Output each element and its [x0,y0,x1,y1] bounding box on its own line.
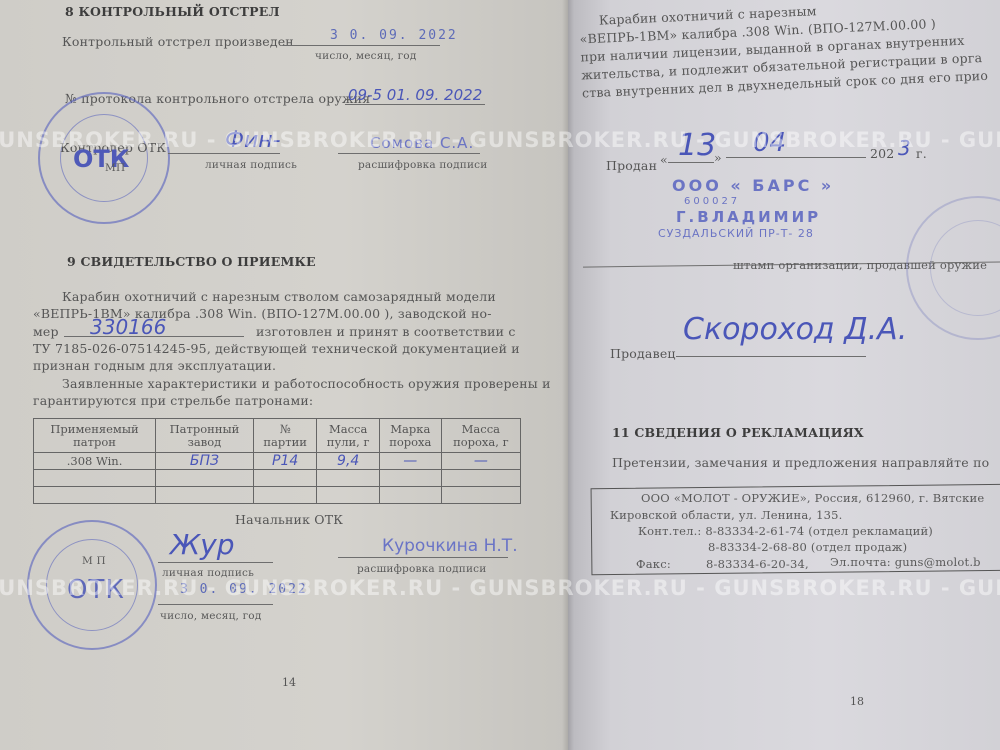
chief-label: Начальник ОТК [235,512,343,527]
para-line-7: гарантируются при стрельбе патронами: [33,393,313,408]
right-page: Карабин охотничий с нарезным «ВЕПРЬ-1ВМ»… [568,0,1000,750]
para-line-3b: изготовлен и принят в соответствии с [256,324,516,339]
seller-round-stamp [906,196,1000,340]
col-bullet-mass: Массапули, г [317,419,379,453]
seller-stamp-line-1: ООО « БАРС » [672,176,834,195]
seller-stamp-line-2: 600027 [684,196,740,207]
para-line-6: Заявленные характеристики и работоспособ… [62,376,551,391]
cell [317,487,379,504]
signature-caption: личная подпись [205,159,297,171]
cell [441,487,520,504]
seller-stamp-line-3: Г.ВЛАДИМИР [676,208,821,226]
protocol-line [345,104,485,105]
para-line-1: Карабин охотничий с нарезным стволом сам… [62,289,496,304]
performed-date-line [283,45,440,46]
cell: — [379,453,441,470]
mp-label-2: М П [82,555,106,567]
cell: — [441,453,520,470]
table-row [34,487,521,504]
section8-title: 8 КОНТРОЛЬНЫЙ ОТСТРЕЛ [65,4,280,19]
contact-box [591,484,1000,575]
acceptance-date-caption: число, месяц, год [160,610,262,622]
decode-2-line [338,557,508,558]
seller-signature: Скороход Д.А. [683,312,907,347]
quote-open: « [660,152,668,167]
cell [34,487,156,504]
book-gutter [562,0,574,750]
section11-title: 11 СВЕДЕНИЯ О РЕКЛАМАЦИЯХ [612,425,864,440]
section11-intro: Претензии, замечания и предложения напра… [612,455,989,470]
table-row [34,470,521,487]
quote-close: » [714,150,722,165]
cell: .308 Win. [34,453,156,470]
col-lot: №партии [253,419,317,453]
ammo-table: Применяемыйпатрон Патронныйзавод №партии… [33,418,521,504]
decode-2-caption: расшифровка подписи [357,563,486,575]
para-line-5: признан годным для эксплуатации. [33,358,276,373]
cell [317,470,379,487]
performed-date: 3 0. 09. 2022 [330,28,458,43]
cell [379,470,441,487]
col-cartridge: Применяемыйпатрон [34,419,156,453]
signature-2-line [158,562,273,563]
cell [34,470,156,487]
page-number-right: 18 [850,695,864,708]
para-line-3a: мер [33,324,59,339]
cell: 9,4 [317,453,379,470]
section9-title: 9 СВИДЕТЕЛЬСТВО О ПРИЕМКЕ [67,254,316,269]
acceptance-date-line [158,604,273,605]
mp-label: МП [105,162,125,174]
cell: Р14 [253,453,317,470]
col-factory: Патронныйзавод [156,419,254,453]
cell [379,487,441,504]
decode-caption: расшифровка подписи [358,159,487,171]
ammo-table-header: Применяемыйпатрон Патронныйзавод №партии… [34,419,521,453]
cell: БПЗ [156,453,254,470]
col-powder-brand: Маркапороха [379,419,441,453]
para-line-4: ТУ 7185-026-07514245-95, действующей тех… [33,341,520,356]
decode-line [338,153,480,154]
col-powder-mass: Массапороха, г [441,419,520,453]
seller-label: Продавец [610,346,676,361]
page-number-left: 14 [282,676,296,689]
signature-line [168,153,280,154]
cell [441,470,520,487]
cell [253,487,317,504]
sold-month-line [726,157,866,158]
signature-2: Жур [170,528,235,561]
seller-signature-line [676,356,866,357]
performed-label: Контрольный отстрел произведен [62,34,294,49]
protocol-value: 09-5 01. 09. 2022 [348,86,482,104]
watermark-2: GUNSBROKER.RU - GUNSBROKER.RU - GUNSBROK… [0,576,1000,600]
cell [156,487,254,504]
serial-number: 330166 [90,315,166,339]
seller-stamp-line-4: СУЗДАЛЬСКИЙ ПР-Т- 28 [658,227,814,240]
decode-value-2: Курочкина Н.Т. [382,536,518,556]
watermark-1: GUNSBROKER.RU - GUNSBROKER.RU - GUNSBROK… [0,128,1000,152]
left-page: 8 КОНТРОЛЬНЫЙ ОТСТРЕЛ Контрольный отстре… [0,0,568,750]
table-row: .308 Win. БПЗ Р14 9,4 — — [34,453,521,470]
sold-label: Продан [606,158,657,173]
cell [156,470,254,487]
cell [253,470,317,487]
date-caption: число, месяц, год [315,50,417,62]
